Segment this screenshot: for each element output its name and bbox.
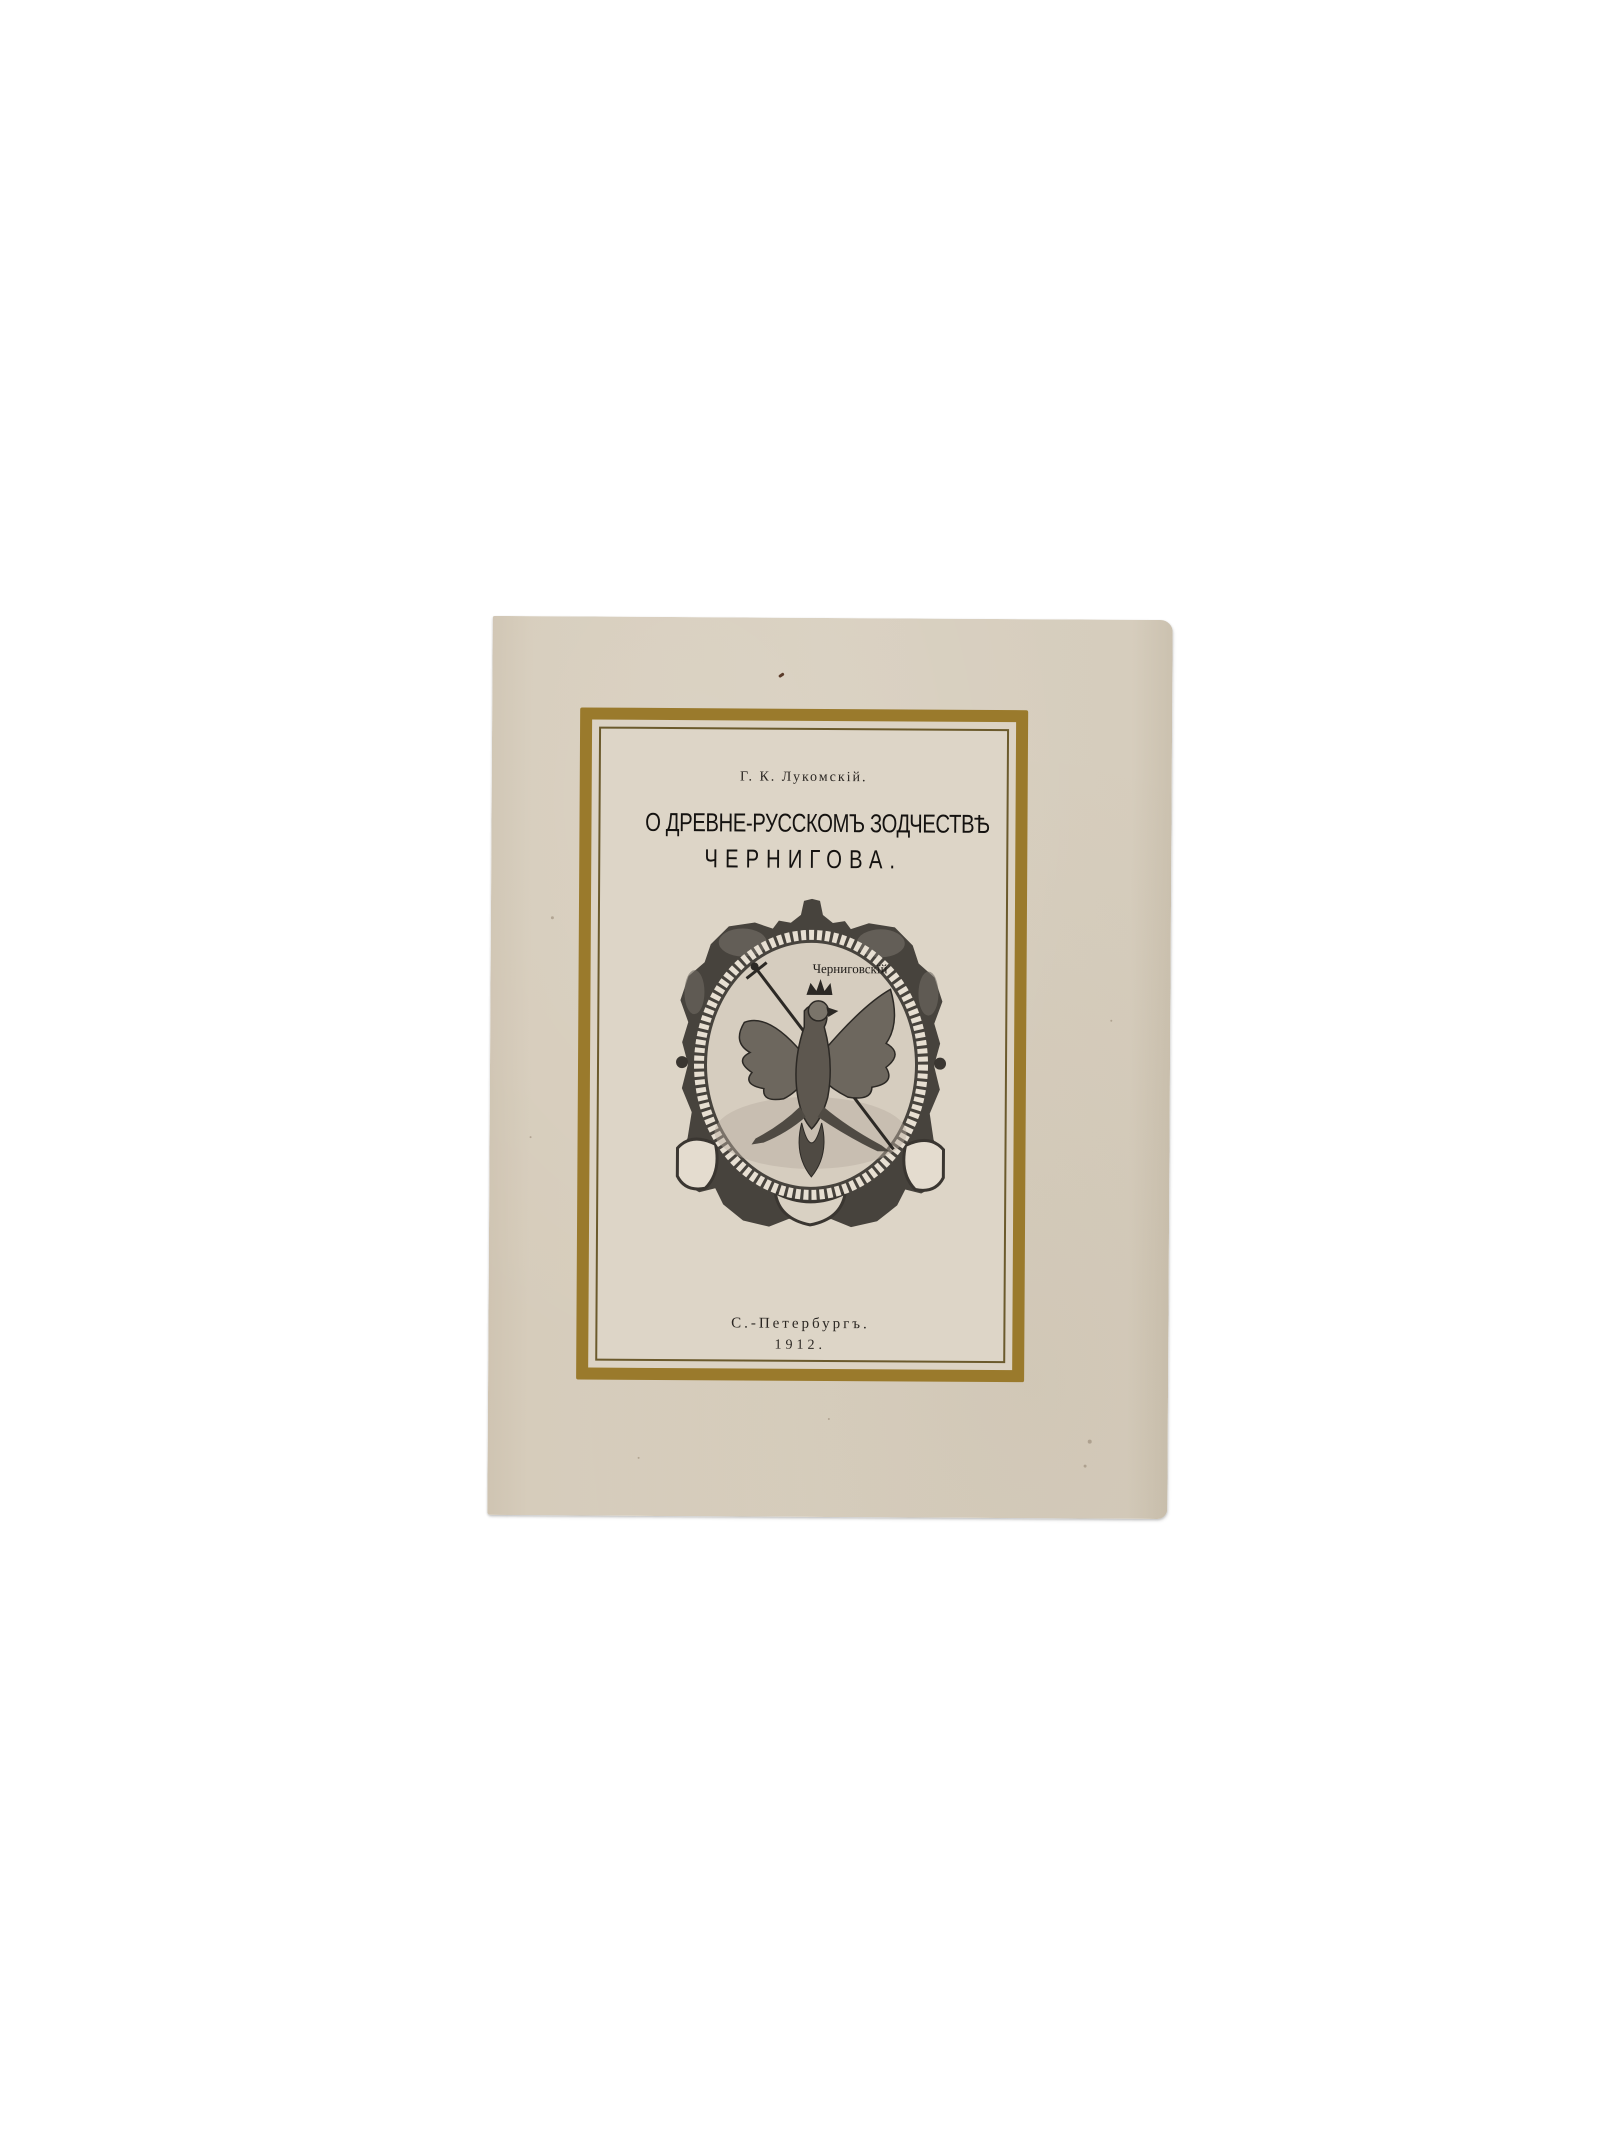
title-line-1: О ДРЕВНЕ-РУССКОМЪ ЗОДЧЕСТВѢ <box>645 807 962 840</box>
imprint-place: С.-Петербургъ. <box>597 1315 1003 1334</box>
paper-speck <box>638 1457 640 1459</box>
gold-frame: Г. К. Лукомскій. О ДРЕВНЕ-РУССКОМЪ ЗОДЧЕ… <box>576 707 1028 1382</box>
svg-text:Черниговскїй: Черниговскїй <box>813 961 888 976</box>
paper-speck <box>530 1136 532 1138</box>
paper-speck <box>1084 1465 1087 1468</box>
inner-frame-panel: Г. К. Лукомскій. О ДРЕВНЕ-РУССКОМЪ ЗОДЧЕ… <box>595 727 1009 1363</box>
stain-mark <box>778 672 785 678</box>
paper-speck <box>1110 1020 1112 1022</box>
paper-speck <box>551 916 554 919</box>
author-name: Г. К. Лукомскій. <box>601 769 1007 787</box>
imprint-year: 1912. <box>597 1337 1003 1355</box>
title-line-2: ЧЕРНИГОВА. <box>645 843 962 876</box>
book-cover: Г. К. Лукомскій. О ДРЕВНЕ-РУССКОМЪ ЗОДЧЕ… <box>487 616 1172 1519</box>
paper-speck <box>1088 1440 1092 1444</box>
eagle-coat-of-arms-icon: Черниговскїй <box>671 892 951 1234</box>
paper-speck <box>828 1418 830 1420</box>
